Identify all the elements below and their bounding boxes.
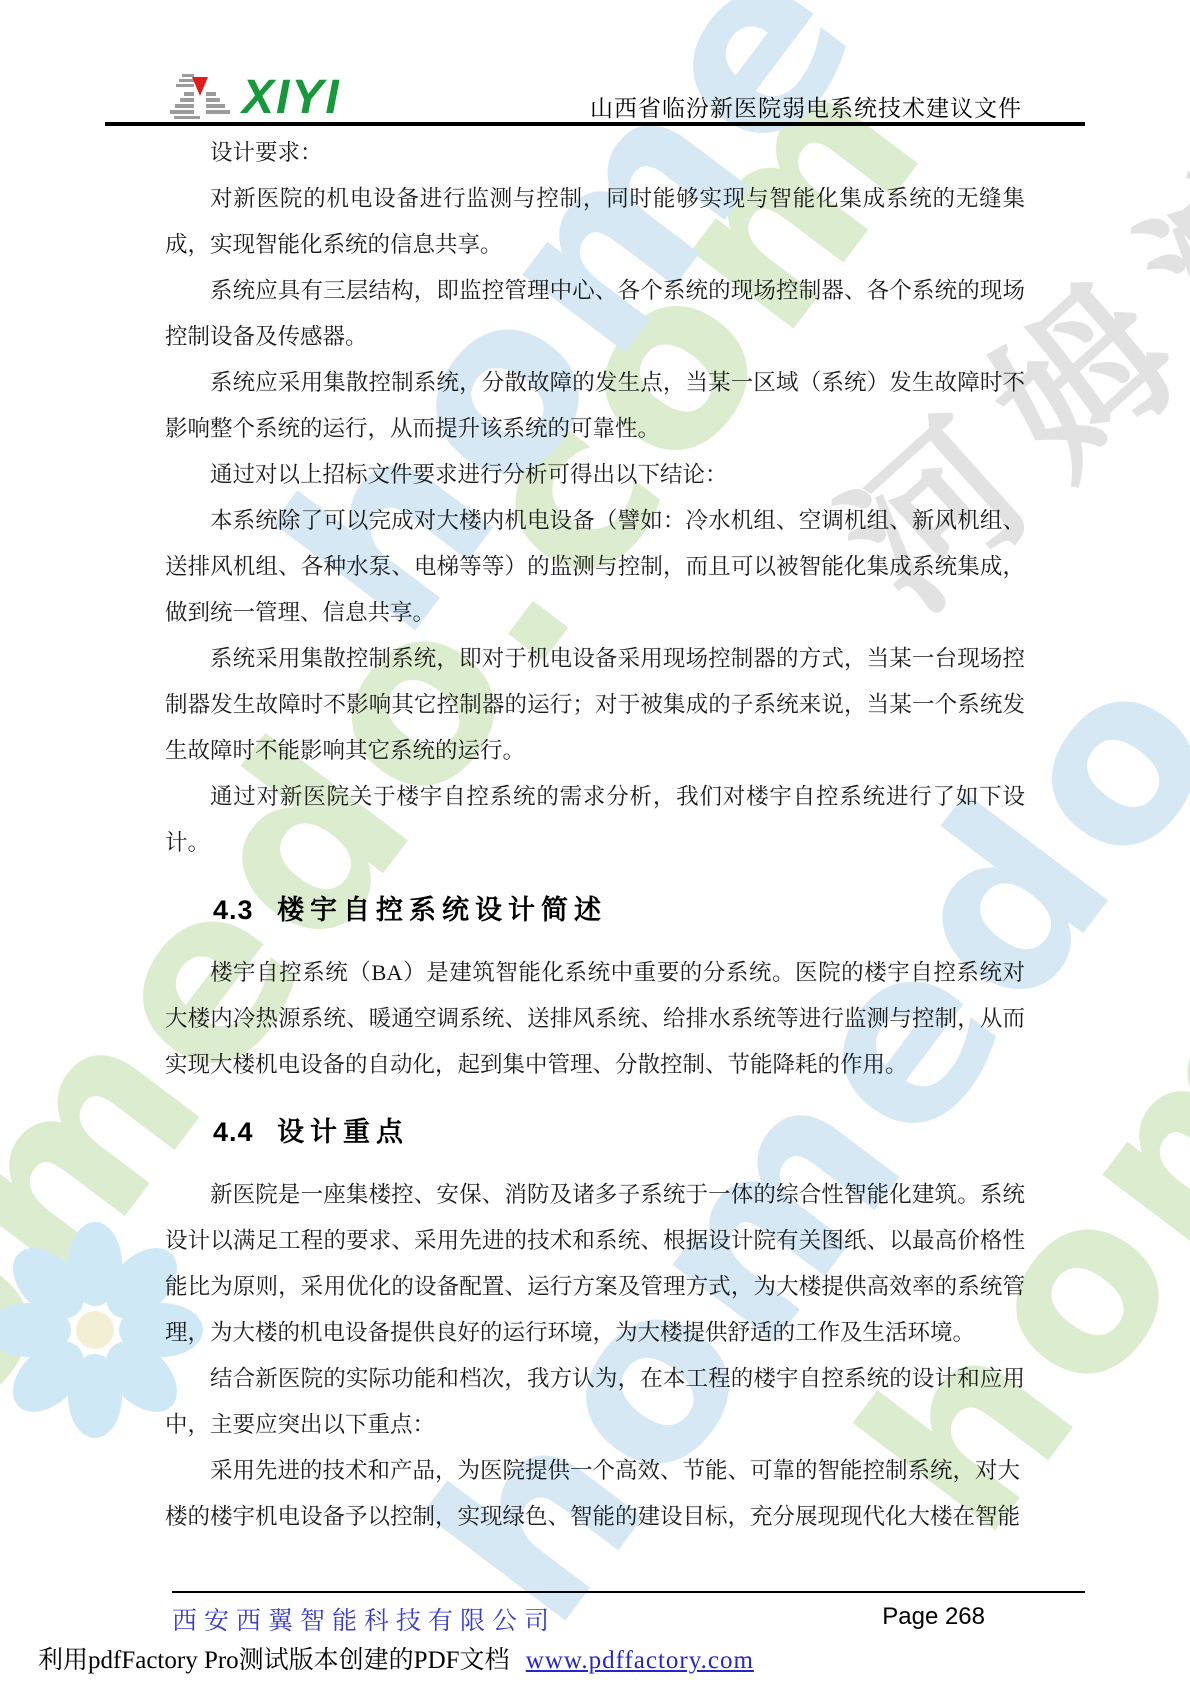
pdffactory-notice-text: 利用pdfFactory Pro测试版本创建的PDF文档 xyxy=(38,1647,510,1674)
paragraph: 系统采用集散控制系统，即对于机电设备采用现场控制器的方式，当某一台现场控制器发生… xyxy=(165,636,1025,774)
paragraph: 结合新医院的实际功能和档次，我方认为，在本工程的楼宇自控系统的设计和应用中，主要… xyxy=(165,1356,1025,1448)
paragraph: 通过对新医院关于楼宇自控系统的需求分析，我们对楼宇自控系统进行了如下设计。 xyxy=(165,774,1025,866)
page-number: Page 268 xyxy=(882,1603,985,1631)
paragraph: 系统应采用集散控制系统，分散故障的发生点，当某一区域（系统）发生故障时不影响整个… xyxy=(165,360,1025,452)
section-title: 设计重点 xyxy=(277,1117,409,1147)
section-title: 楼宇自控系统设计简述 xyxy=(277,895,607,925)
paragraph: 楼宇自控系统（BA）是建筑智能化系统中重要的分系统。医院的楼宇自控系统对大楼内冷… xyxy=(165,950,1025,1088)
paragraph-truncated: 采用先进的技术和产品，为医院提供一个高效、节能、可靠的智能控制系统，对大楼的楼宇… xyxy=(165,1448,1025,1540)
document-body: 设计要求： 对新医院的机电设备进行监测与控制，同时能够实现与智能化集成系统的无缝… xyxy=(165,130,1025,1540)
document-page: homedo.com homedo.com homedo.com homedo.… xyxy=(0,0,1190,1684)
paragraph: 系统应具有三层结构，即监控管理中心、各个系统的现场控制器、各个系统的现场控制设备… xyxy=(165,268,1025,360)
footer-divider xyxy=(172,1591,1085,1593)
document-title: 山西省临汾新医院弱电系统技术建议文件 xyxy=(590,90,1022,123)
paragraph: 新医院是一座集楼控、安保、消防及诸多子系统于一体的综合性智能化建筑。系统设计以满… xyxy=(165,1172,1025,1356)
paragraph: 对新医院的机电设备进行监测与控制，同时能够实现与智能化集成系统的无缝集成，实现智… xyxy=(165,176,1025,268)
section-number: 4.4 xyxy=(213,1117,254,1147)
pdffactory-notice: 利用pdfFactory Pro测试版本创建的PDF文档 www.pdffact… xyxy=(38,1640,754,1676)
pdffactory-link[interactable]: www.pdffactory.com xyxy=(526,1647,754,1674)
header-divider xyxy=(105,122,1085,126)
company-logo: XIYI xyxy=(168,72,341,124)
paragraph: 通过对以上招标文件要求进行分析可得出以下结论： xyxy=(165,452,1025,498)
logo-text: XIYI xyxy=(242,74,341,122)
paragraph: 本系统除了可以完成对大楼内机电设备（譬如：冷水机组、空调机组、新风机组、送排风机… xyxy=(165,498,1025,636)
section-heading-4-4: 4.4 设计重点 xyxy=(213,1110,1025,1154)
paragraph: 设计要求： xyxy=(165,130,1025,176)
footer-company-name: 西安西翼智能科技有限公司 xyxy=(172,1601,556,1637)
section-heading-4-3: 4.3 楼宇自控系统设计简述 xyxy=(213,888,1025,932)
section-number: 4.3 xyxy=(213,895,254,925)
xiyi-logo-icon xyxy=(168,72,232,124)
